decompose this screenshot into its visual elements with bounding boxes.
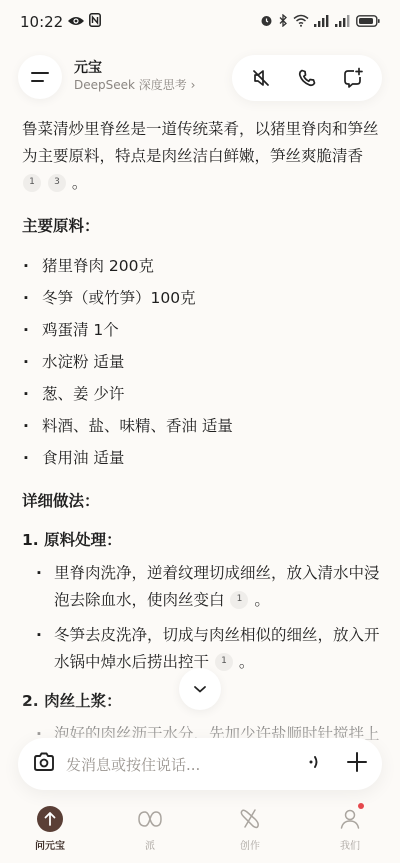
tab-create[interactable]: 创作 [210, 805, 290, 863]
chat-header: 元宝 DeepSeek 深度思考 › [0, 55, 400, 101]
create-icon [237, 807, 263, 831]
method-heading: 详细做法： [22, 488, 382, 515]
chevron-down-icon [193, 684, 207, 694]
call-button[interactable] [293, 64, 321, 92]
status-bar: 10:22 [0, 0, 400, 44]
scroll-to-bottom-button[interactable] [179, 668, 221, 710]
list-item: 里脊肉洗净，逆着纹理切成细丝，放入清水中浸泡去除血水，使肉丝变白 1 。 [36, 560, 382, 614]
user-icon [338, 807, 362, 831]
ask-arrow-icon [37, 806, 63, 832]
list-item: 猪里脊肉 200克 [22, 250, 382, 282]
plus-icon [346, 751, 368, 773]
phone-icon [297, 68, 317, 88]
ingredients-list: 猪里脊肉 200克 冬笋（或竹笋）100克 鸡蛋清 1个 水淀粉 适量 葱、姜 … [22, 250, 382, 474]
eye-icon [67, 13, 85, 31]
list-item: 鸡蛋清 1个 [22, 314, 382, 346]
tab-label: 问元宝 [35, 837, 65, 852]
mute-button[interactable] [247, 64, 275, 92]
tab-label: 创作 [240, 837, 260, 852]
bot-title: 元宝 [74, 59, 195, 77]
mute-icon [251, 68, 271, 88]
step-list: 里脊肉洗净，逆着纹理切成细丝，放入清水中浸泡去除血水，使肉丝变白 1 。 冬笋去… [36, 560, 382, 676]
notification-badge [358, 803, 364, 809]
plus-button[interactable] [346, 751, 368, 777]
camera-icon [32, 751, 56, 773]
wifi-icon [293, 14, 309, 30]
citation-badge[interactable]: 1 [215, 653, 233, 671]
bottom-tab-bar: 问元宝 派 创作 我们 [0, 805, 400, 863]
tab-label: 我们 [340, 837, 360, 852]
tab-label: 派 [145, 837, 155, 852]
infinity-icon [137, 808, 163, 830]
citation-badge[interactable]: 1 [230, 591, 248, 609]
voice-icon [306, 752, 324, 772]
menu-icon [30, 70, 50, 84]
tab-us[interactable]: 我们 [310, 805, 390, 863]
list-item: 葱、姜 少许 [22, 378, 382, 410]
model-selector[interactable]: DeepSeek 深度思考 › [74, 77, 195, 94]
citation-badge[interactable]: 1 [23, 174, 41, 192]
status-time: 10:22 [20, 13, 63, 31]
message-input[interactable]: 发消息或按住说话... [66, 754, 306, 775]
list-item: 水淀粉 适量 [22, 346, 382, 378]
tab-ask-yuanbao[interactable]: 问元宝 [10, 805, 90, 863]
intro-paragraph: 鲁菜清炒里脊丝是一道传统菜肴，以猪里脊肉和笋丝为主要原料，特点是肉丝洁白鲜嫩，笋… [22, 116, 382, 197]
signal-icon [314, 15, 330, 30]
list-item: 冬笋去皮洗净，切成与肉丝相似的细丝，放入开水锅中焯水后捞出控干 1 。 [36, 622, 382, 676]
citation-badge[interactable]: 3 [48, 174, 66, 192]
alarm-icon [260, 14, 273, 30]
model-label: DeepSeek 深度思考 [74, 78, 187, 92]
list-item: 料酒、盐、味精、香油 适量 [22, 410, 382, 442]
camera-button[interactable] [32, 751, 56, 777]
list-item: 食用油 适量 [22, 442, 382, 474]
signal-icon [335, 15, 351, 30]
tab-pai[interactable]: 派 [110, 805, 190, 863]
bluetooth-icon [278, 14, 288, 30]
battery-icon [356, 15, 380, 30]
step-title: 1. 原料处理： [22, 527, 382, 554]
nfc-icon [89, 13, 101, 31]
ingredients-heading: 主要原料： [22, 213, 382, 240]
list-item: 冬笋（或竹笋）100克 [22, 282, 382, 314]
new-chat-icon [342, 67, 364, 89]
bot-info[interactable]: 元宝 DeepSeek 深度思考 › [74, 59, 195, 94]
message-input-bar: 发消息或按住说话... [18, 738, 382, 790]
chevron-right-icon: › [191, 78, 196, 92]
menu-button[interactable] [18, 55, 62, 99]
voice-button[interactable] [306, 752, 324, 776]
header-actions [232, 55, 382, 101]
new-chat-button[interactable] [339, 64, 367, 92]
